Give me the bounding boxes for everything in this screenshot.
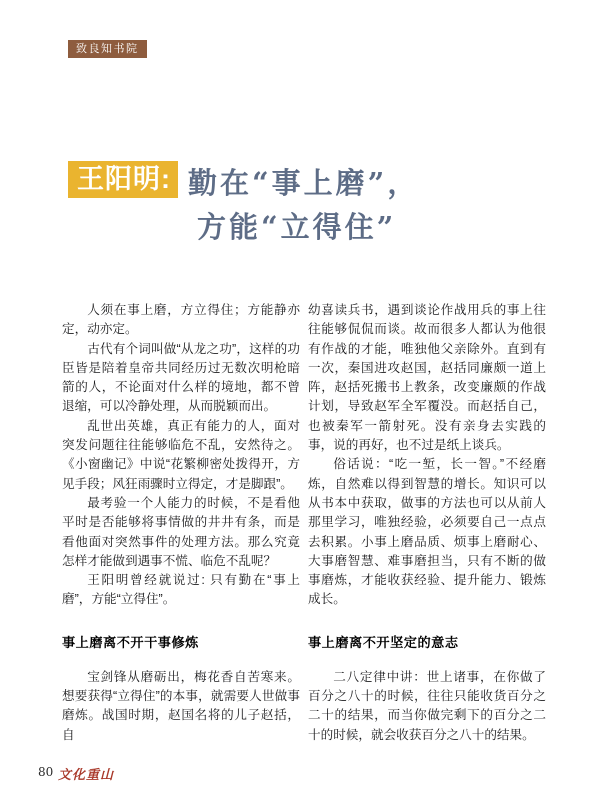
subheading-right: 事上磨离不开坚定的意志 <box>308 635 546 651</box>
magazine-logo: 文化重山 <box>58 764 114 783</box>
paragraph: 王阳明曾经就说过: 只有勤在“事上磨”，方能“立得住”。 <box>62 571 300 610</box>
paragraph: 乱世出英雄，真正有能力的人，面对突发问题往往能够临危不乱，安然待之。《小窗幽记》… <box>62 417 300 494</box>
article-title-line1: 勤在“事上磨”， <box>188 161 419 202</box>
paragraph: 古代有个词叫做“从龙之功”，这样的功臣皆是陪着皇帝共同经历过无数次明枪暗箭的人，… <box>62 340 300 417</box>
paragraph-continuation: 幼喜读兵书，遇到谈论作战用兵的事上往往能够侃侃而谈。故而很多人都认为他很有作战的… <box>308 301 546 455</box>
page-number: 80 <box>38 765 53 779</box>
article-author-badge: 王阳明: <box>68 161 178 198</box>
article-title-line2: 方能“立得住” <box>197 205 396 246</box>
paragraph: 人须在事上磨，方立得住；方能静亦定，动亦定。 <box>62 301 300 340</box>
article-body: 人须在事上磨，方立得住；方能静亦定，动亦定。 古代有个词叫做“从龙之功”，这样的… <box>62 301 546 745</box>
paragraph: 宝剑锋从磨砺出，梅花香自苦寒来。想要获得“立得住”的本事，就需要人世做事磨炼。战… <box>62 668 300 745</box>
right-column: 幼喜读兵书，遇到谈论作战用兵的事上往往能够侃侃而谈。故而很多人都认为他很有作战的… <box>308 301 546 745</box>
section-tag: 致良知书院 <box>68 40 147 58</box>
paragraph: 俗话说：“吃一堑，长一智。”不经磨炼，自然难以得到智慧的增长。知识可以从书本中获… <box>308 455 546 609</box>
subheading-left: 事上磨离不开干事修炼 <box>62 635 300 651</box>
paragraph: 二八定律中讲：世上诸事，在你做了百分之八十的时候，往往只能收货百分之二十的结果，… <box>308 668 546 745</box>
paragraph: 最考验一个人能力的时候，不是看他平时是否能够将事情做的井井有条，而是看他面对突然… <box>62 494 300 571</box>
left-column: 人须在事上磨，方立得住；方能静亦定，动亦定。 古代有个词叫做“从龙之功”，这样的… <box>62 301 300 745</box>
